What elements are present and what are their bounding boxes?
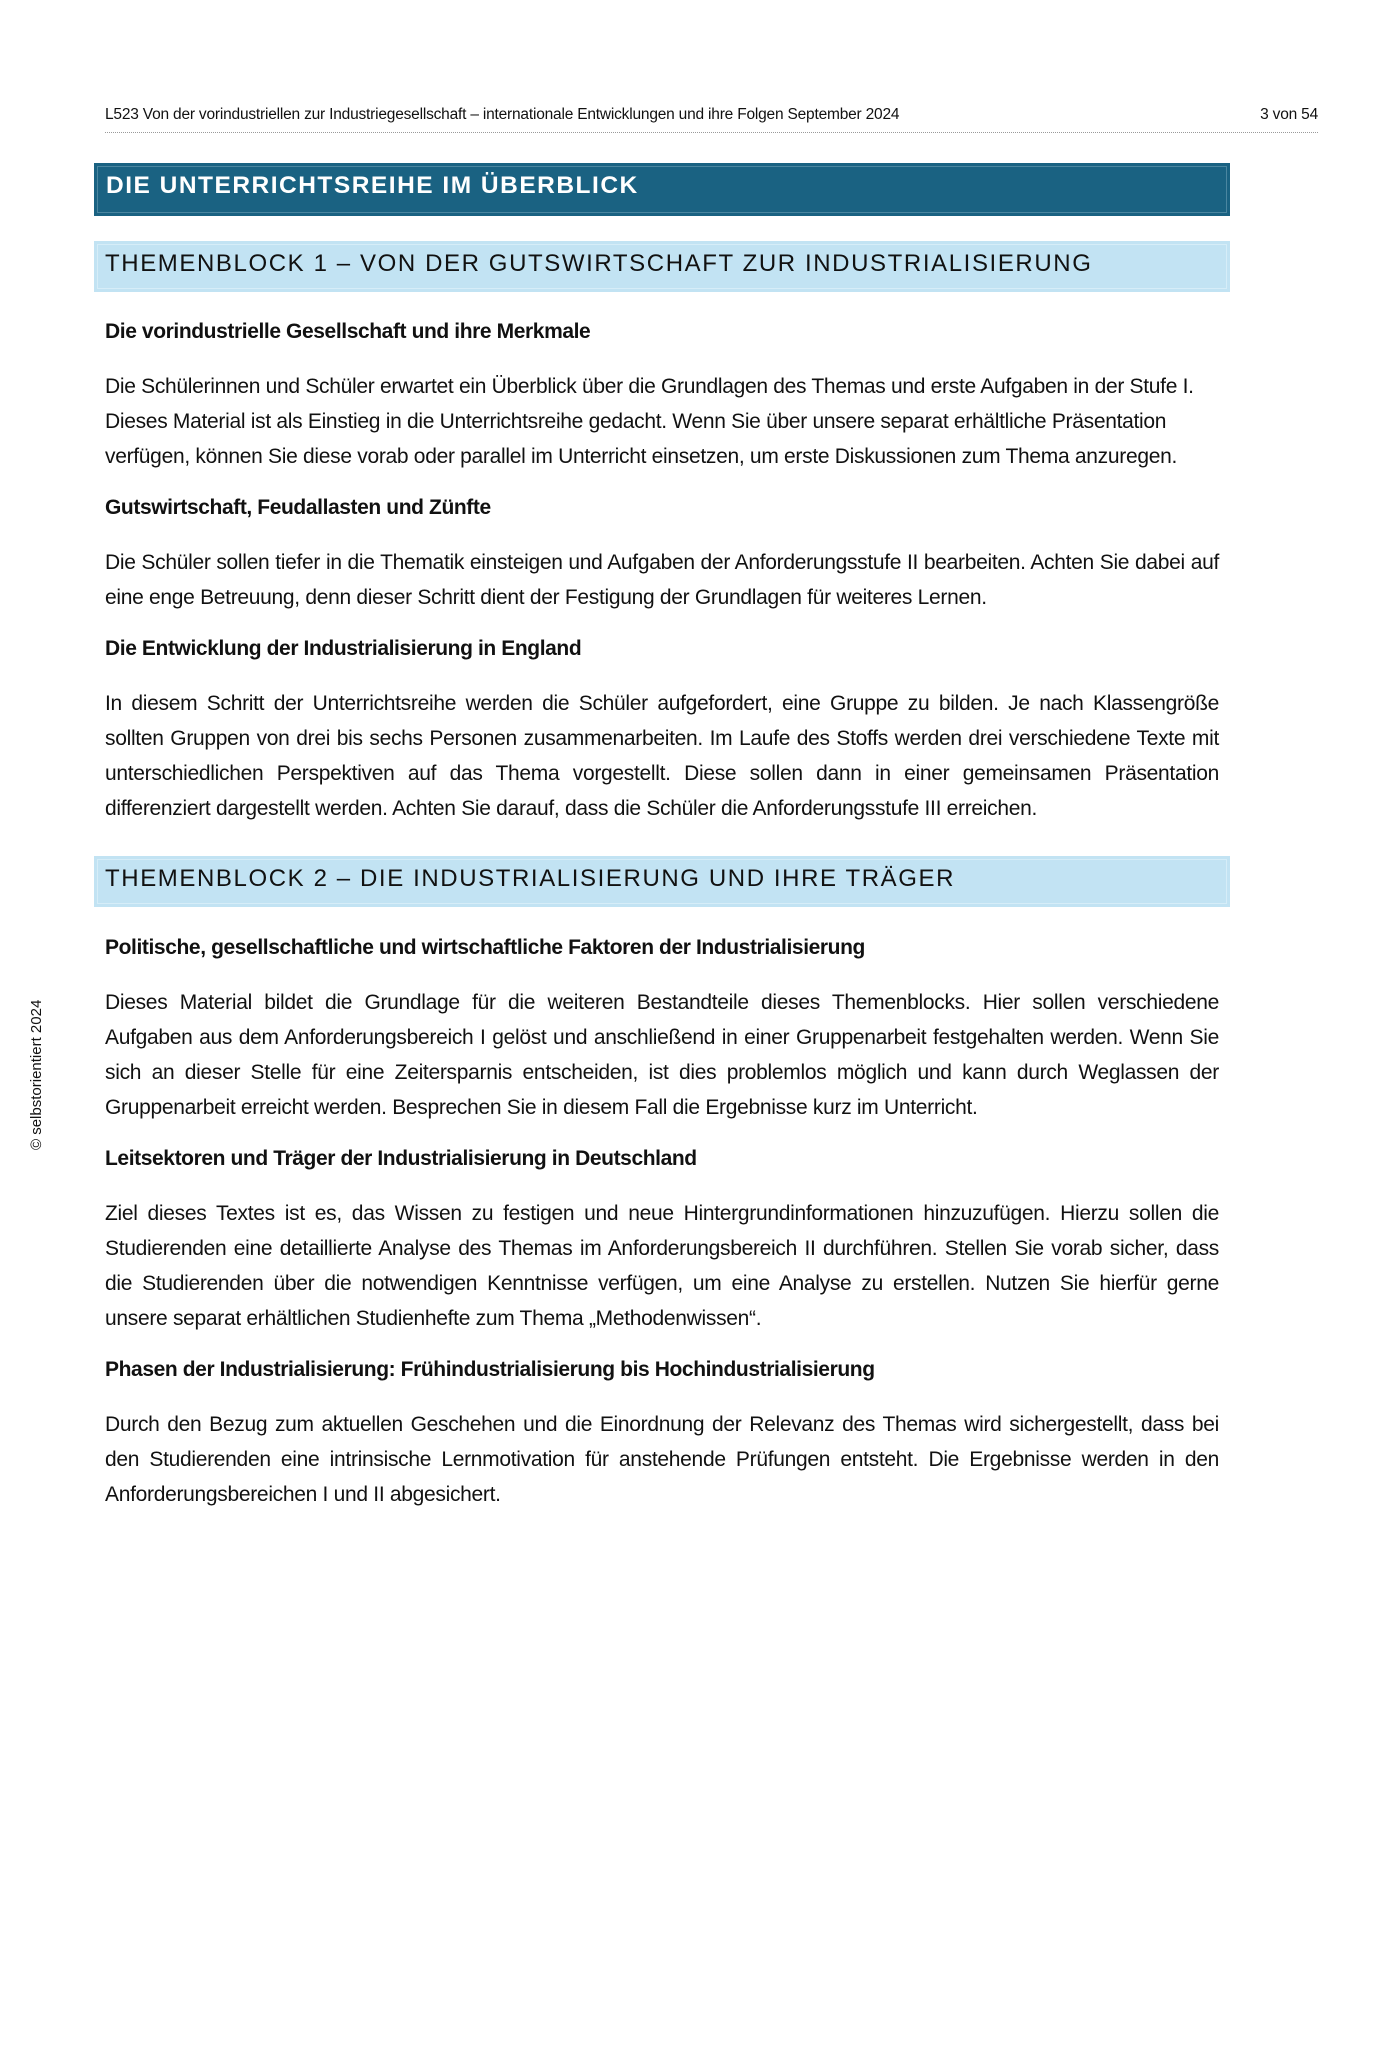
section-heading: Die Entwicklung der Industrialisierung i…	[94, 634, 1230, 664]
copyright-note: © selbstorientiert 2024	[28, 1000, 45, 1150]
section-text: In diesem Schritt der Unterrichtsreihe w…	[94, 686, 1230, 826]
block-title-1: THEMENBLOCK 1 – VON DER GUTSWIRTSCHAFT Z…	[94, 241, 1230, 292]
page-header: L523 Von der vorindustriellen zur Indust…	[105, 104, 1318, 133]
document-title: L523 Von der vorindustriellen zur Indust…	[105, 106, 899, 124]
section-text: Die Schüler sollen tiefer in die Themati…	[94, 545, 1230, 615]
section-text: Durch den Bezug zum aktuellen Geschehen …	[94, 1407, 1230, 1512]
section-heading: Leitsektoren und Träger der Industrialis…	[94, 1144, 1230, 1174]
document-body: DIE UNTERRICHTSREIHE IM ÜBERBLICK THEMEN…	[94, 163, 1230, 1512]
section-text: Ziel dieses Textes ist es, das Wissen zu…	[94, 1196, 1230, 1336]
section-heading: Die vorindustrielle Gesellschaft und ihr…	[94, 317, 1230, 347]
section-text: Die Schülerinnen und Schüler erwartet ei…	[94, 369, 1230, 474]
main-title: DIE UNTERRICHTSREIHE IM ÜBERBLICK	[94, 163, 1230, 216]
page-number: 3 von 54	[1260, 106, 1318, 124]
section-heading: Phasen der Industrialisierung: Frühindus…	[94, 1355, 1230, 1385]
section-text: Dieses Material bildet die Grundlage für…	[94, 985, 1230, 1125]
section-heading: Politische, gesellschaftliche und wirtsc…	[94, 933, 1230, 963]
block-title-2: THEMENBLOCK 2 – DIE INDUSTRIALISIERUNG U…	[94, 856, 1230, 907]
section-heading: Gutswirtschaft, Feudallasten und Zünfte	[94, 493, 1230, 523]
